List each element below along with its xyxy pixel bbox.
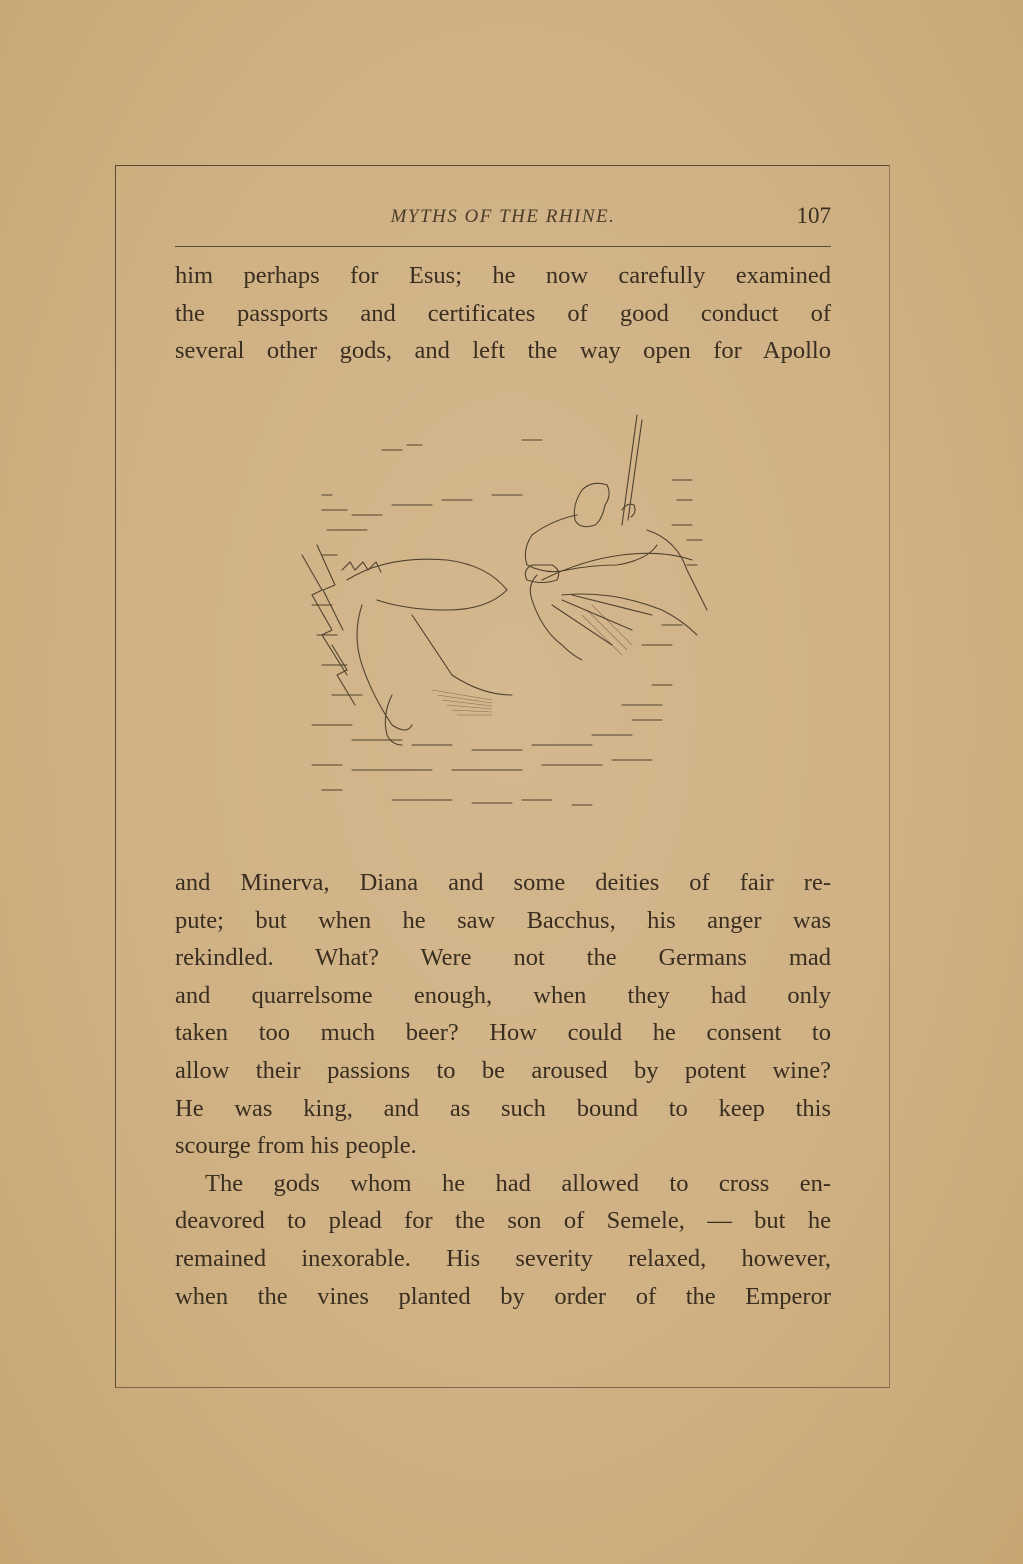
paragraph-continued: him perhaps for Esus; he now carefully e… [175,257,831,370]
illustration-gods-on-clouds-icon [292,405,732,825]
paragraph: The gods whom he had allowed to cross en… [175,1165,831,1315]
text-line: and Minerva, Diana and some deities of f… [175,864,831,902]
text-line: scourge from his people. [175,1127,831,1165]
text-line: several other gods, and left the way ope… [175,332,831,370]
text-line: The gods whom he had allowed to cross en… [175,1165,831,1203]
running-head: MYTHS OF THE RHINE. 107 [175,203,831,235]
text-line: taken too much beer? How could he consen… [175,1014,831,1052]
page-number: 107 [797,203,832,229]
running-title: MYTHS OF THE RHINE. [175,206,831,228]
text-line: deavored to plead for the son of Semele,… [175,1202,831,1240]
header-rule [175,246,831,247]
text-block-bottom: and Minerva, Diana and some deities of f… [175,864,831,1315]
text-line: pute; but when he saw Bacchus, his anger… [175,902,831,940]
text-line: remained inexorable. His severity relaxe… [175,1240,831,1278]
text-line: allow their passions to be aroused by po… [175,1052,831,1090]
paragraph: and Minerva, Diana and some deities of f… [175,864,831,1165]
text-line: He was king, and as such bound to keep t… [175,1090,831,1128]
text-block-top: him perhaps for Esus; he now carefully e… [175,257,831,370]
text-line: when the vines planted by order of the E… [175,1278,831,1316]
text-line: the passports and certificates of good c… [175,295,831,333]
text-line: and quarrelsome enough, when they had on… [175,977,831,1015]
engraving-illustration [292,405,732,825]
text-line: rekindled. What? Were not the Germans ma… [175,939,831,977]
text-line: him perhaps for Esus; he now carefully e… [175,257,831,295]
